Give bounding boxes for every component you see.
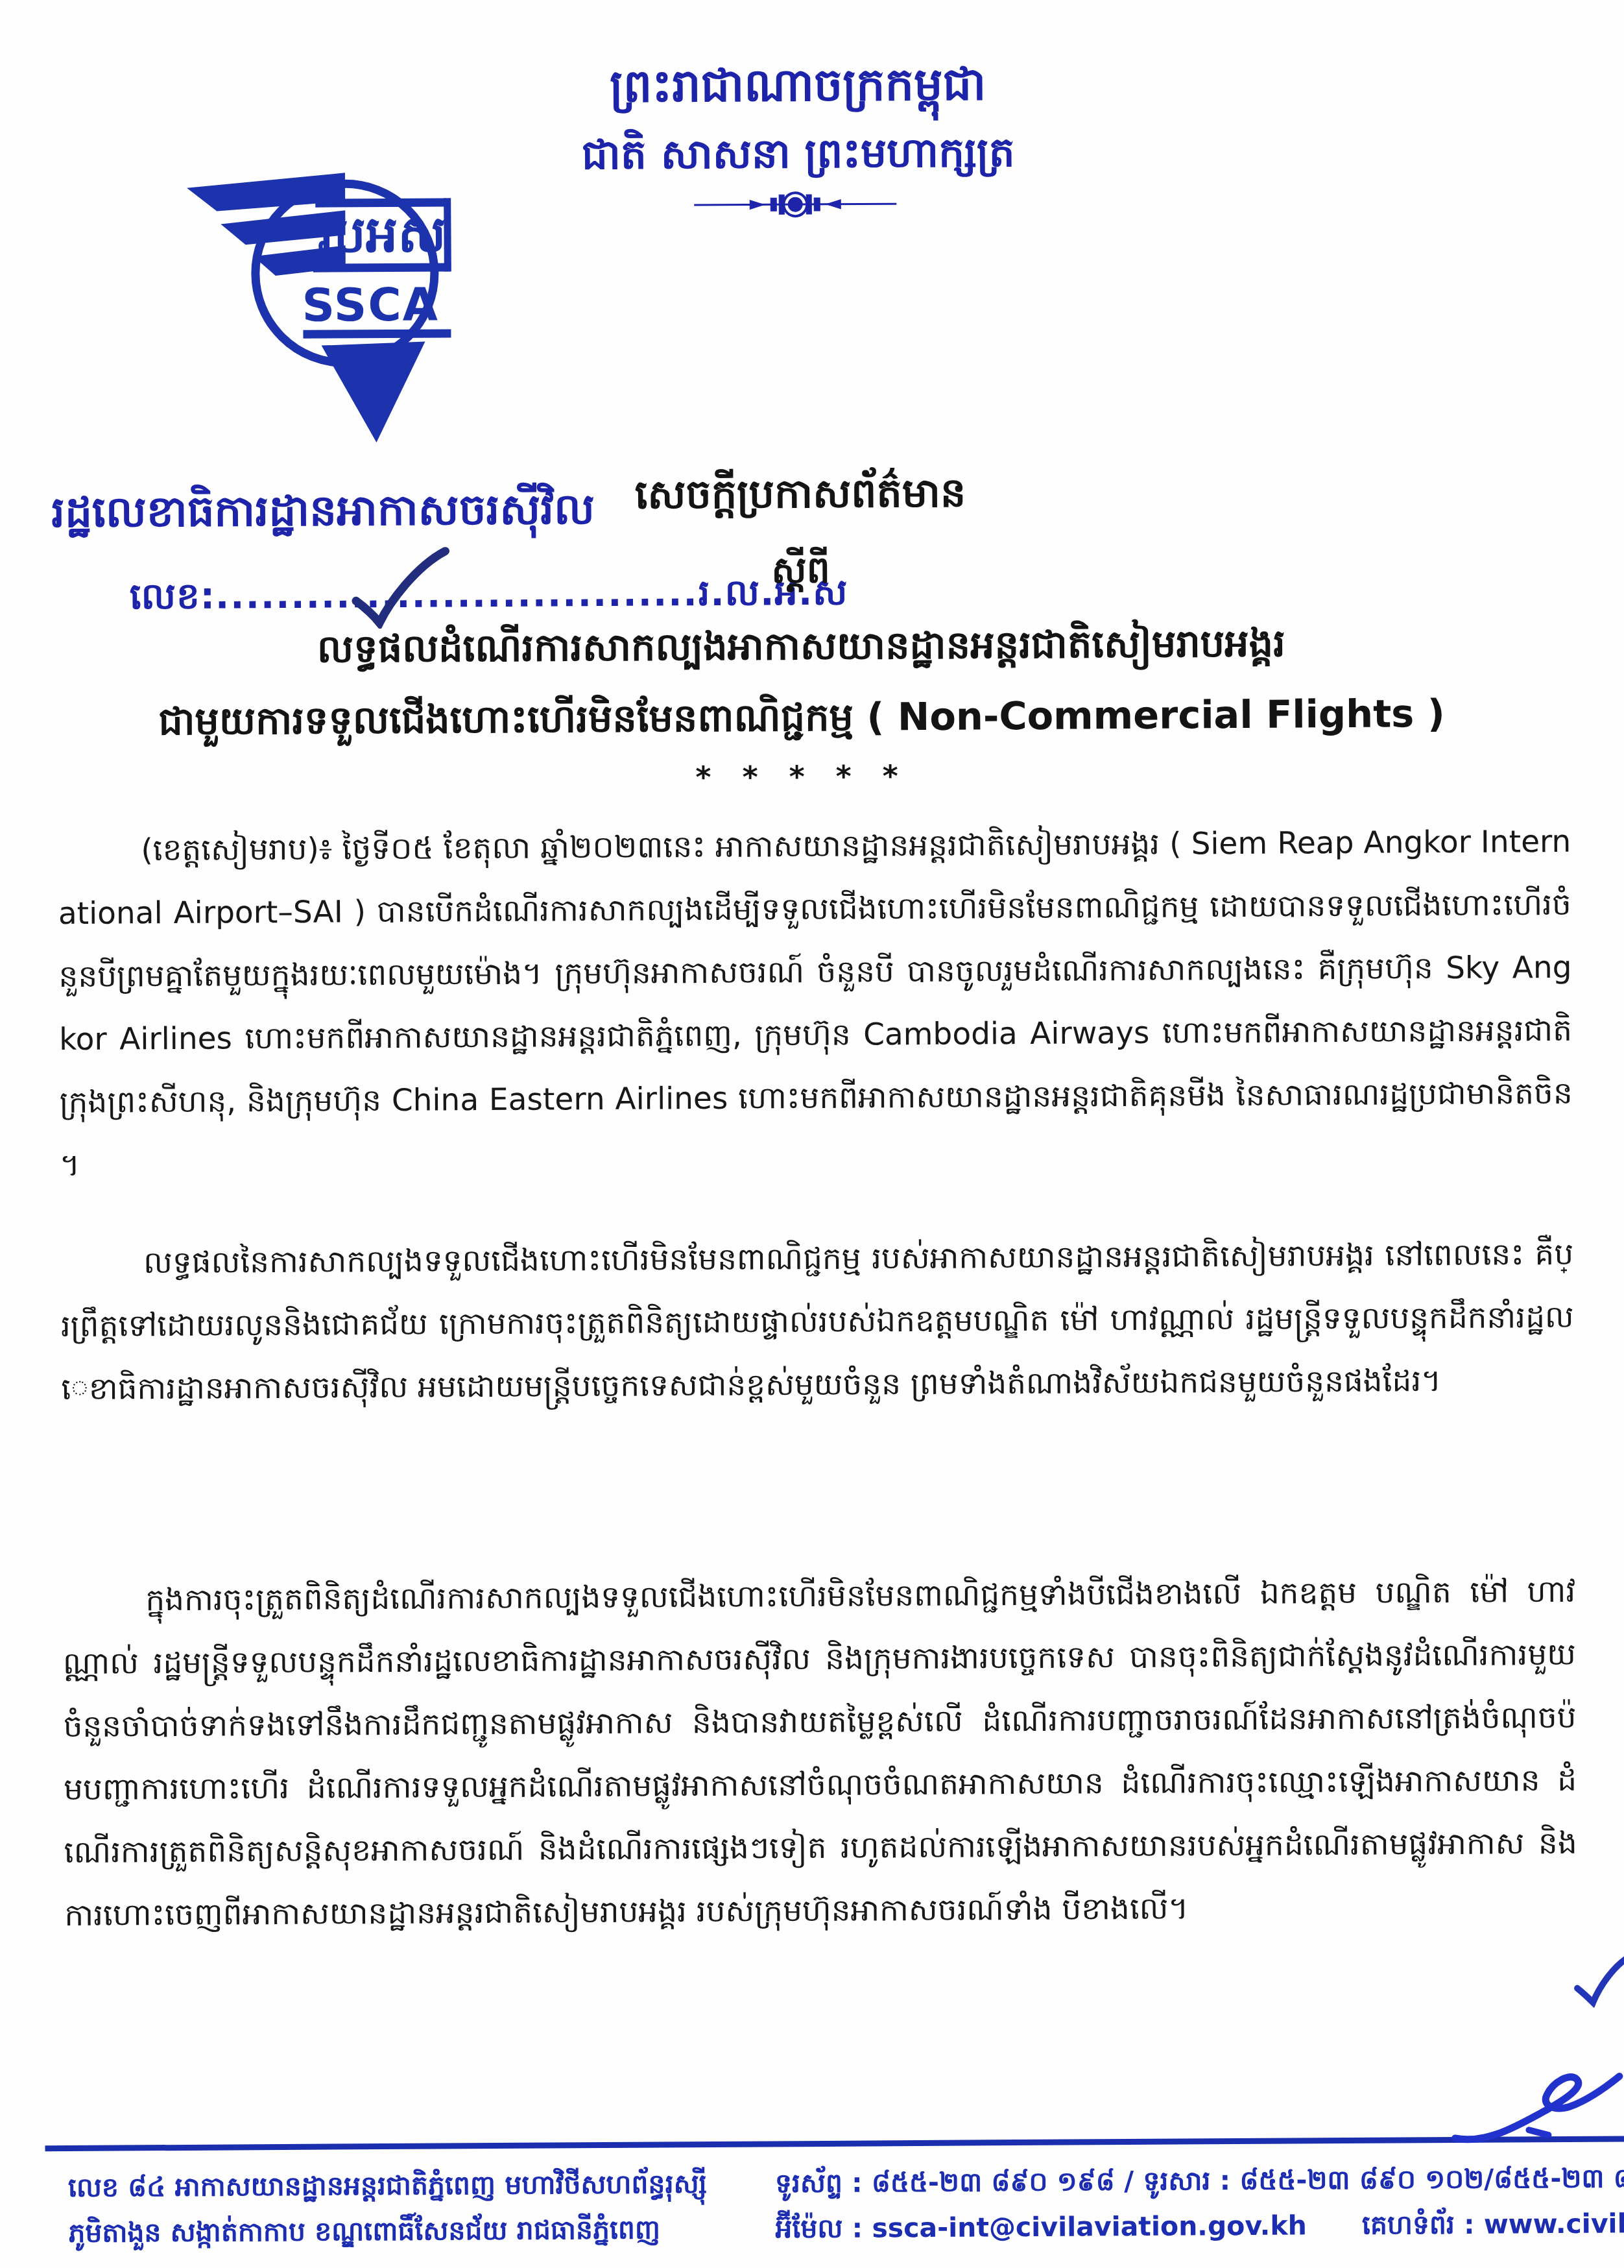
title-star-separator: * * * * * bbox=[0, 754, 1606, 799]
footer-web-line: អ៊ីម៉ែល : ssca-int@civilaviation.gov.khគ… bbox=[775, 2199, 1624, 2251]
body-paragraph-3-text: ក្នុងការចុះត្រួតពិនិត្យដំណើរការសាកល្បងទទ… bbox=[63, 1574, 1577, 1933]
footer-phone-line: ទូរស័ព្ទ : ៨៥៥-២៣ ៨៩០ ១៩៨ / ទូរសារ : ៨៥៥… bbox=[775, 2154, 1624, 2206]
footer-address-line2: ភូមិតាងួន សង្កាត់កាកាប ខណ្ឌពោធិ៍សែនជ័យ រ… bbox=[68, 2206, 707, 2256]
body-paragraph-3-ending: បីខាងលើ។ bbox=[1062, 1890, 1188, 1927]
header-divider-ornament bbox=[691, 189, 899, 220]
logo-khmer-acronym: របអស bbox=[317, 205, 446, 264]
logo-latin-acronym: SSCA bbox=[302, 278, 439, 332]
document-title-line2: ស្តីពី bbox=[0, 542, 1605, 606]
footer-website: គេហទំព័រ : www.civilaviation.gov.kh bbox=[1362, 2206, 1624, 2241]
handwritten-checkmark-margin bbox=[1573, 1953, 1624, 2008]
scan-tilt-layer: ព្រះរាជាណាចក្រកម្ពុជា ជាតិ សាសនា ព្រះមហា… bbox=[0, 0, 1624, 2268]
ssca-logo: របអស SSCA bbox=[185, 152, 460, 459]
document-title-line1: សេចក្តីប្រកាសព័ត៌មាន bbox=[0, 464, 1605, 533]
document-title-line4: ជាមួយការទទួលជើងហោះហើរមិនមែនពាណិជ្ជកម្ម (… bbox=[0, 688, 1606, 754]
document-title-line3: លទ្ធផលដំណើរការសាកល្បងអាកាសយានដ្ឋានអន្តរជ… bbox=[0, 617, 1606, 683]
body-paragraph-1: (ខេត្តសៀមរាប)៖ ថ្ងៃទី០៥ ខែតុលា ឆ្នាំ២០២៣… bbox=[58, 810, 1573, 1201]
footer-email: អ៊ីម៉ែល : ssca-int@civilaviation.gov.kh bbox=[775, 2210, 1307, 2244]
footer-address-line1: លេខ ៨៤ អាកាសយានដ្ឋានអន្តរជាតិភ្នំពេញ មហា… bbox=[68, 2161, 707, 2210]
scanned-press-release-page: ព្រះរាជាណាចក្រកម្ពុជា ជាតិ សាសនា ព្រះមហា… bbox=[0, 0, 1624, 2268]
body-paragraph-3: ក្នុងការចុះត្រួតពិនិត្យដំណើរការសាកល្បងទទ… bbox=[62, 1560, 1579, 2078]
handwritten-initials-scribble bbox=[1451, 2059, 1624, 2159]
logo-tail-triangle bbox=[322, 342, 426, 443]
footer-contact-block: ទូរស័ព្ទ : ៨៥៥-២៣ ៨៩០ ១៩៨ / ទូរសារ : ៨៥៥… bbox=[775, 2154, 1624, 2251]
footer-rule bbox=[45, 2136, 1624, 2151]
body-paragraph-2: លទ្ធផលនៃការសាកល្បងទទួលជើងហោះហើរមិនមែនពាណ… bbox=[60, 1223, 1575, 1486]
footer-address-block: លេខ ៨៤ អាកាសយានដ្ឋានអន្តរជាតិភ្នំពេញ មហា… bbox=[68, 2161, 708, 2256]
header-kingdom-title: ព្រះរាជាណាចក្រកម្ពុជា bbox=[0, 53, 1602, 128]
